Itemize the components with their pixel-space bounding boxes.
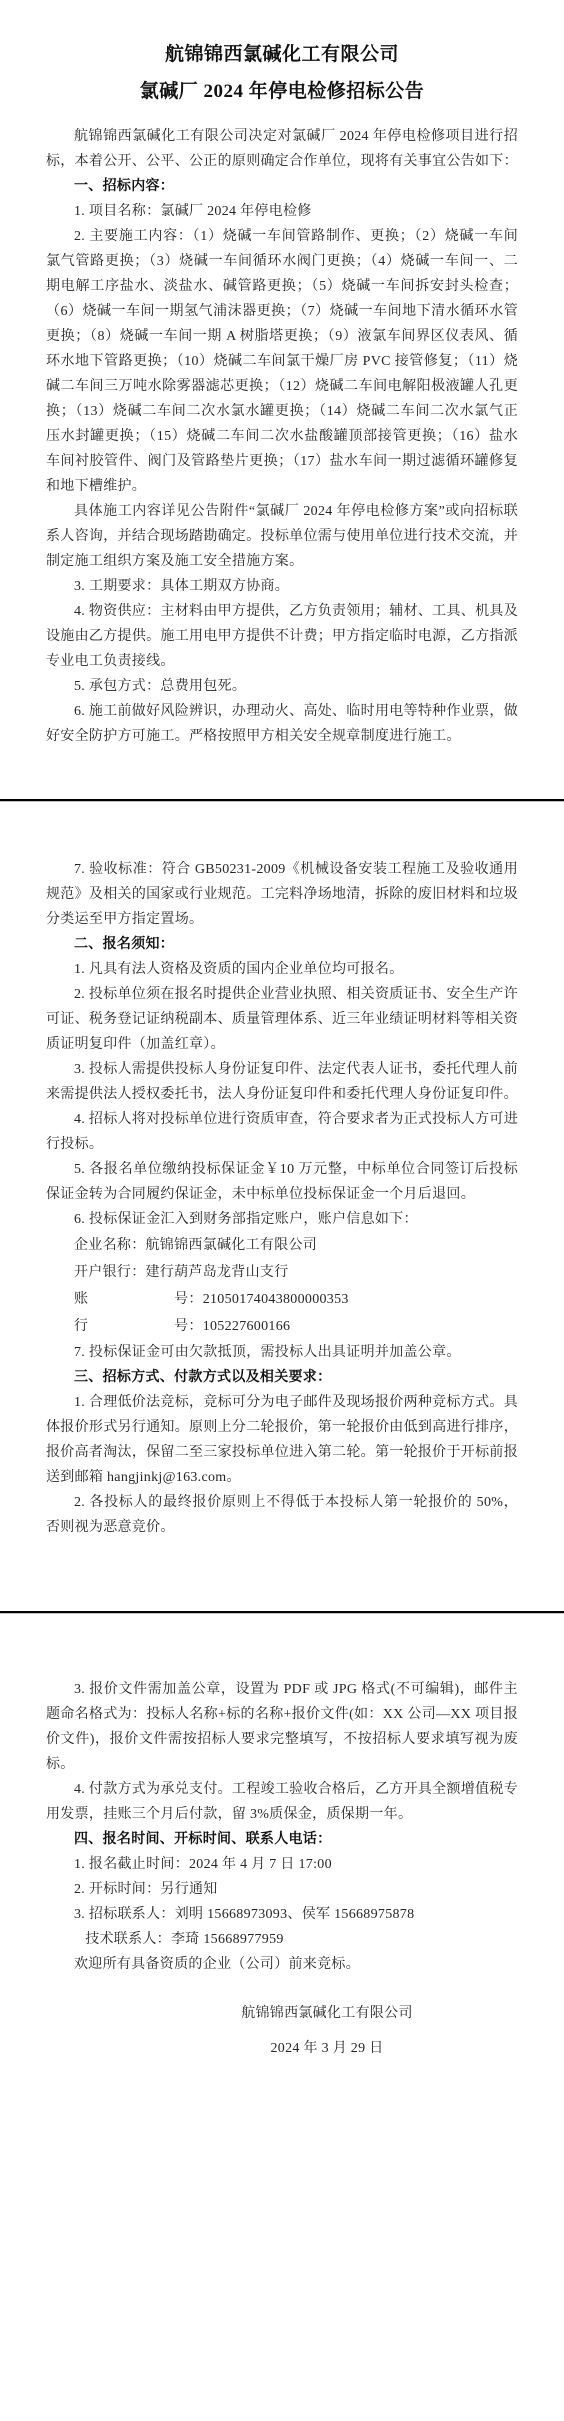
bank-name: 开户银行：建行葫芦岛龙背山支行 [46, 1259, 518, 1286]
bank-branch-number: 行 号：105227600166 [46, 1313, 518, 1340]
page-3: 3. 报价文件需加盖公章，设置为 PDF 或 JPG 格式(不可编辑)，邮件主题… [0, 1613, 564, 2420]
section1-item5: 5. 承包方式：总费用包死。 [46, 674, 518, 699]
signature-block: 航锦锦西氯碱化工有限公司 2024 年 3 月 29 日 [46, 2001, 518, 2061]
intro-paragraph: 航锦锦西氯碱化工有限公司决定对氯碱厂 2024 年停电检修项目进行招标，本着公开… [46, 124, 518, 174]
section3-item1: 1. 合理低价法竞标，竞标可分为电子邮件及现场报价两种竞标方式。具体报价形式另行… [46, 1390, 518, 1490]
section2-heading: 二、报名须知： [46, 932, 518, 957]
closing-line: 欢迎所有具备资质的企业（公司）前来竞标。 [46, 1952, 518, 1977]
section2-item1: 1. 凡具有法人资格及资质的国内企业单位均可报名。 [46, 957, 518, 982]
section1-heading: 一、招标内容： [46, 174, 518, 199]
section3-item3: 3. 报价文件需加盖公章，设置为 PDF 或 JPG 格式(不可编辑)，邮件主题… [46, 1677, 518, 1777]
section4-item3: 3. 招标联系人：刘明 15668973093、侯军 15668975878 [46, 1902, 518, 1927]
section1-item7: 7. 验收标准：符合 GB50231-2009《机械设备安装工程施工及验收通用规… [46, 857, 518, 932]
doc-title-line1: 航锦锦西氯碱化工有限公司 [46, 36, 518, 73]
section2-item5: 5. 各报名单位缴纳投标保证金￥10 万元整，中标单位合同签订后投标保证金转为合… [46, 1157, 518, 1207]
section2-item7: 7. 投标保证金可由欠款抵顶，需投标人出具证明并加盖公章。 [46, 1340, 518, 1365]
signature-date: 2024 年 3 月 29 日 [136, 2036, 518, 2061]
section1-detail: 具体施工内容详见公告附件“氯碱厂 2024 年停电检修方案”或向招标联系人咨询，… [46, 499, 518, 574]
section4-item2: 2. 开标时间：另行通知 [46, 1877, 518, 1902]
section1-item3: 3. 工期要求：具体工期双方协商。 [46, 574, 518, 599]
section4-item3b: 技术联系人：李琦 15668977959 [46, 1927, 518, 1952]
section2-item6: 6. 投标保证金汇入到财务部指定账户，账户信息如下： [46, 1207, 518, 1232]
section2-item4: 4. 招标人将对投标单位进行资质审查，符合要求者为正式投标人方可进行投标。 [46, 1107, 518, 1157]
bank-account-number: 账 号：21050174043800000353 [46, 1286, 518, 1313]
bank-company-name: 企业名称：航锦锦西氯碱化工有限公司 [46, 1232, 518, 1259]
section4-heading: 四、报名时间、开标时间、联系人电话： [46, 1827, 518, 1852]
page-2: 7. 验收标准：符合 GB50231-2009《机械设备安装工程施工及验收通用规… [0, 801, 564, 1611]
section1-item2: 2. 主要施工内容：（1）烧碱一车间管路制作、更换；（2）烧碱一车间氯气管路更换… [46, 224, 518, 499]
page-1: 航锦锦西氯碱化工有限公司 氯碱厂 2024 年停电检修招标公告 航锦锦西氯碱化工… [0, 0, 564, 799]
document-viewer: 航锦锦西氯碱化工有限公司 氯碱厂 2024 年停电检修招标公告 航锦锦西氯碱化工… [0, 0, 564, 2421]
section4-item1: 1. 报名截止时间：2024 年 4 月 7 日 17:00 [46, 1852, 518, 1877]
doc-title-line2: 氯碱厂 2024 年停电检修招标公告 [46, 73, 518, 110]
section1-item6: 6. 施工前做好风险辨识，办理动火、高处、临时用电等特种作业票，做好安全防护方可… [46, 699, 518, 749]
section2-item3: 3. 投标人需提供投标人身份证复印件、法定代表人证书，委托代理人前来需提供法人授… [46, 1057, 518, 1107]
section3-item2: 2. 各投标人的最终报价原则上不得低于本投标人第一轮报价的 50%，否则视为恶意… [46, 1490, 518, 1540]
section3-heading: 三、招标方式、付款方式以及相关要求： [46, 1365, 518, 1390]
section3-item4: 4. 付款方式为承兑支付。工程竣工验收合格后，乙方开具全额增值税专用发票，挂账三… [46, 1777, 518, 1827]
section2-item2: 2. 投标单位须在报名时提供企业营业执照、相关资质证书、安全生产许可证、税务登记… [46, 982, 518, 1057]
signature-company: 航锦锦西氯碱化工有限公司 [136, 2001, 518, 2026]
section1-item1: 1. 项目名称：氯碱厂 2024 年停电检修 [46, 199, 518, 224]
section1-item4: 4. 物资供应：主材料由甲方提供，乙方负责领用；辅材、工具、机具及设施由乙方提供… [46, 599, 518, 674]
